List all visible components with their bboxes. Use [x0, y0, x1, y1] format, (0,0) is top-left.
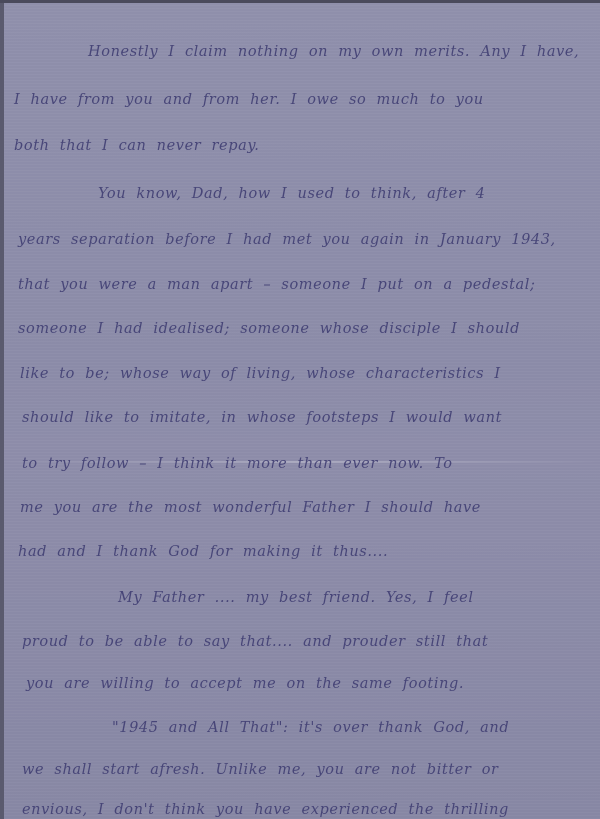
letter-line: to try follow – I think it more than eve…	[22, 456, 453, 472]
letter-line: "1945 and All That": it's over thank God…	[112, 720, 509, 736]
letter-line: You know, Dad, how I used to think, afte…	[98, 186, 486, 202]
letter-line: Honestly I claim nothing on my own merit…	[88, 44, 579, 60]
letter-line: proud to be able to say that.... and pro…	[22, 634, 488, 650]
letter-line: envious, I don't think you have experien…	[22, 802, 509, 818]
letter-line: years separation before I had met you ag…	[18, 232, 556, 248]
letter-page: Honestly I claim nothing on my own merit…	[0, 0, 600, 819]
letter-line: both that I can never repay.	[14, 138, 259, 154]
letter-line: we shall start afresh. Unlike me, you ar…	[22, 762, 499, 778]
letter-line: should like to imitate, in whose footste…	[22, 410, 502, 426]
letter-line: had and I thank God for making it thus..…	[18, 544, 388, 560]
letter-line: you are willing to accept me on the same…	[26, 676, 464, 692]
letter-line: that you were a man apart – someone I pu…	[18, 277, 535, 293]
letter-line: My Father .... my best friend. Yes, I fe…	[118, 590, 474, 606]
letter-line: like to be; whose way of living, whose c…	[20, 366, 501, 382]
letter-line: someone I had idealised; someone whose d…	[18, 321, 520, 337]
letter-line: I have from you and from her. I owe so m…	[14, 92, 484, 108]
letter-line: me you are the most wonderful Father I s…	[20, 500, 481, 516]
